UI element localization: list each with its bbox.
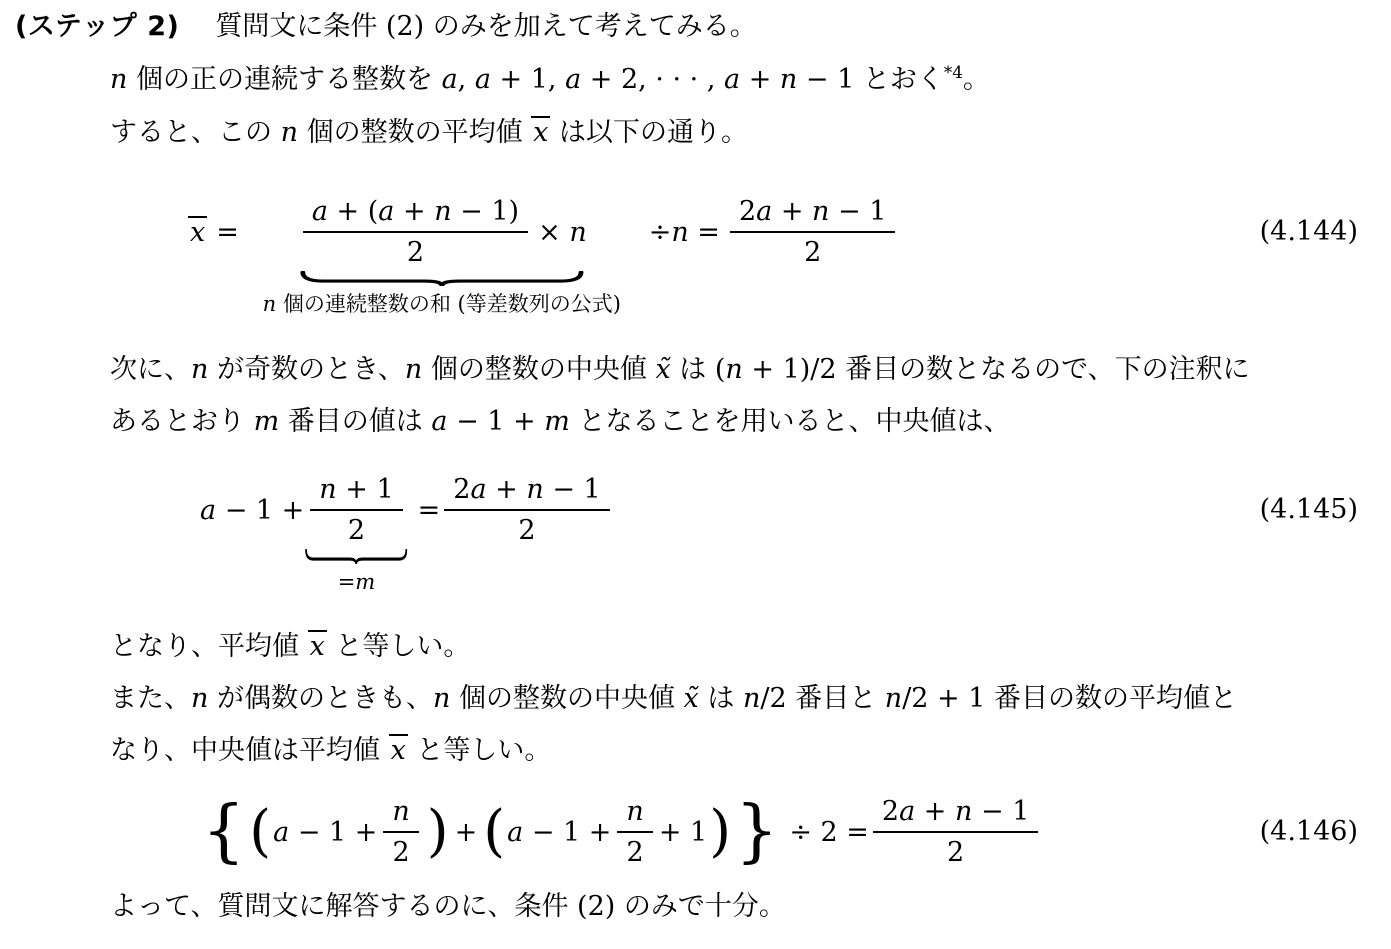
text-run: + 1,	[491, 64, 565, 95]
text-run: n	[191, 354, 208, 385]
text-run: n	[743, 683, 760, 714]
text-run: 2	[947, 837, 964, 868]
text-run: + 2, · · · ,	[581, 64, 724, 95]
text-run: よって、質問文に解答するのに、条件 (2) のみで十分。	[110, 891, 786, 922]
text-run: a	[200, 495, 216, 526]
text-run: x̃	[655, 354, 670, 385]
text-run: と等しい。	[327, 631, 471, 662]
text-run: n	[110, 64, 127, 95]
text-run: x	[531, 116, 550, 147]
text-run: は (	[671, 354, 726, 385]
term: + 1	[659, 817, 707, 848]
paragraph-line: n 個の正の連続する整数を a, a + 1, a + 2, · · · , a…	[110, 61, 990, 99]
paragraph-line: 次に、n が奇数のとき、n 個の整数の中央値 x̃ は (n + 1)/2 番目…	[110, 351, 1250, 389]
equation-4-144: x = a + (a + n − 1) 2 × n n 個の連続整数の和 (等差…	[0, 190, 1391, 322]
text-run: となり、平均値	[110, 631, 308, 662]
equation-number: (4.145)	[1260, 494, 1358, 525]
text-run: + 1)/2	[743, 354, 837, 385]
lhs-term: a − 1 +	[200, 495, 304, 526]
text-run: n	[955, 796, 972, 827]
equals-sign: =	[418, 495, 441, 526]
text-run: a	[724, 64, 740, 95]
paragraph-line: なり、中央値は平均値 x と等しい。	[110, 732, 551, 770]
text-run: m	[355, 570, 375, 594]
left-paren: (	[483, 807, 505, 857]
paragraph-line: また、n が偶数のときも、n 個の整数の中央値 x̃ は n/2 番目と n/2…	[110, 680, 1237, 718]
text-run: n	[885, 683, 902, 714]
underbrace-group: n + 1 2 =m	[304, 474, 408, 546]
text-run: n	[281, 117, 298, 148]
left-curly-brace: {	[202, 801, 245, 862]
text-run: とおく	[854, 64, 944, 95]
text-run: x	[389, 734, 408, 765]
text-run: n	[392, 796, 409, 827]
text-run: a	[431, 406, 447, 437]
left-paren: (	[249, 807, 271, 857]
step-heading: (ステップ 2)	[15, 11, 179, 42]
text-run: と等しい。	[408, 735, 552, 766]
fraction-denominator: 2	[444, 509, 609, 546]
equation-number: (4.146)	[1260, 816, 1358, 847]
text-run: =	[338, 570, 356, 594]
text-run: x̃	[684, 683, 699, 714]
text-run: が偶数のときも、	[208, 683, 433, 714]
text-run: − 1)	[452, 196, 520, 227]
text-run: a	[312, 196, 328, 227]
text-run: 2	[739, 196, 756, 227]
text-run: 。	[963, 64, 990, 95]
fraction: n 2	[617, 796, 652, 868]
math-document-page: (ステップ 2)質問文に条件 (2) のみを加えて考えてみる。 n 個の正の連続…	[0, 0, 1391, 949]
plus-sign: +	[455, 817, 478, 848]
right-curly-brace: }	[735, 801, 778, 862]
fraction-denominator: 2	[310, 509, 402, 546]
text-run: − 1	[797, 64, 854, 95]
text-run: 番目と	[787, 683, 885, 714]
fraction-denominator: 2	[383, 831, 418, 868]
text-run: 番目の値は	[279, 406, 431, 437]
fraction-numerator: n	[383, 796, 418, 831]
text-run: /2	[760, 683, 786, 714]
text-run: ÷ 2 =	[789, 817, 869, 848]
text-run: − 1	[829, 196, 886, 227]
text-run: 2	[627, 837, 644, 868]
text-run: =	[689, 217, 720, 248]
fraction-numerator: 2a + n − 1	[730, 196, 895, 231]
text-run: +	[487, 474, 527, 505]
text-run: +	[394, 196, 434, 227]
divide-term: ÷ 2 =	[789, 817, 869, 848]
underbrace-icon	[304, 549, 408, 564]
text-run: すると、この	[110, 117, 281, 148]
text-run: +	[772, 196, 812, 227]
fraction-numerator: n + 1	[310, 474, 402, 509]
text-run: a	[756, 196, 772, 227]
equation-body: a − 1 + n + 1 2 =m = 2a + n − 1 2	[200, 470, 1391, 550]
text-run: 個の整数の中央値	[422, 354, 655, 385]
text-run: n	[263, 292, 277, 316]
text-run: a	[470, 474, 486, 505]
equation-body: { ( a − 1 + n 2 ) + ( a − 1 + n 2 + 1 ) …	[200, 786, 1391, 878]
text-run: a	[475, 64, 491, 95]
fraction: n + 1 2	[310, 474, 402, 546]
text-run: は以下の通り。	[550, 117, 748, 148]
text-run: + 1	[659, 817, 707, 848]
underbrace-label: n 個の連続整数の和 (等差数列の公式)	[263, 292, 621, 317]
text-run: n	[434, 196, 451, 227]
xbar-symbol: x	[188, 216, 207, 247]
text-run: a	[507, 817, 523, 848]
fraction-denominator: 2	[303, 231, 528, 268]
text-run: 個の整数の平均値	[298, 117, 531, 148]
text-run: a	[442, 64, 458, 95]
fraction: n 2	[383, 796, 418, 868]
text-run: m	[254, 406, 280, 437]
times-n-term: × n	[538, 217, 587, 248]
step-sentence: 質問文に条件 (2) のみを加えて考えてみる。	[215, 11, 756, 42]
text-run: また、	[110, 683, 191, 714]
equation-4-145: a − 1 + n + 1 2 =m = 2a + n − 1 2 (4.145…	[0, 470, 1391, 595]
text-run: なり、中央値は平均値	[110, 735, 389, 766]
text-run: 2	[393, 837, 410, 868]
text-run: ÷	[649, 217, 672, 248]
text-run: +	[740, 64, 780, 95]
text-run: − 1 +	[447, 406, 544, 437]
text-run: n	[191, 683, 208, 714]
step-line: (ステップ 2)質問文に条件 (2) のみを加えて考えてみる。	[15, 8, 757, 46]
text-run: − 1	[972, 796, 1029, 827]
fraction: 2a + n − 1 2	[730, 196, 895, 268]
paragraph-line: すると、この n 個の整数の平均値 x は以下の通り。	[110, 114, 748, 152]
fraction: 2a + n − 1 2	[873, 796, 1038, 868]
text-run: n	[569, 217, 586, 248]
text-run: 2	[882, 796, 899, 827]
text-run: ,	[458, 64, 475, 95]
text-run: は	[699, 683, 743, 714]
text-run: あるとおり	[110, 406, 254, 437]
equation-body: x = a + (a + n − 1) 2 × n n 個の連続整数の和 (等差…	[188, 190, 1391, 274]
closing-line: よって、質問文に解答するのに、条件 (2) のみで十分。	[110, 888, 786, 926]
fraction-numerator: 2a + n − 1	[444, 474, 609, 509]
text-run: 番目の数の平均値と	[985, 683, 1237, 714]
text-run: 個の連続整数の和 (等差数列の公式)	[276, 292, 621, 316]
right-paren: )	[709, 807, 731, 857]
text-run: 2	[407, 237, 424, 268]
text-run: ×	[538, 217, 569, 248]
text-run: a	[899, 796, 915, 827]
equals-sign: =	[216, 217, 239, 248]
text-run: n	[433, 683, 450, 714]
text-run: − 1	[544, 474, 601, 505]
fraction: 2a + n − 1 2	[444, 474, 609, 546]
text-run: n	[725, 354, 742, 385]
fraction-numerator: 2a + n − 1	[873, 796, 1038, 831]
text-run: n	[626, 796, 643, 827]
text-run: m	[544, 406, 570, 437]
term: a − 1 +	[507, 817, 611, 848]
text-run: n	[780, 64, 797, 95]
text-run: a	[565, 64, 581, 95]
text-run: + 1	[337, 474, 394, 505]
text-run: n	[812, 196, 829, 227]
divide-n-term: ÷n =	[649, 217, 720, 248]
fraction-numerator: a + (a + n − 1)	[303, 196, 528, 231]
text-run: 2	[518, 515, 535, 546]
fraction-denominator: 2	[730, 231, 895, 268]
text-run: n	[319, 474, 336, 505]
fraction-numerator: n	[617, 796, 652, 831]
underbrace-group: a + (a + n − 1) 2 × n n 個の連続整数の和 (等差数列の公…	[297, 196, 587, 268]
text-run: 2	[804, 237, 821, 268]
text-run: 2	[348, 515, 365, 546]
fraction: a + (a + n − 1) 2	[303, 196, 528, 268]
text-run: − 1 +	[523, 817, 611, 848]
underbrace-label: =m	[338, 570, 376, 595]
text-run: 個の正の連続する整数を	[127, 64, 441, 95]
term: a − 1 +	[273, 817, 377, 848]
fraction-denominator: 2	[873, 831, 1038, 868]
right-paren: )	[427, 807, 449, 857]
fraction-denominator: 2	[617, 831, 652, 868]
text-run: n	[526, 474, 543, 505]
text-run: となることを用いると、中央値は、	[570, 406, 1011, 437]
text-run: 個の整数の中央値	[450, 683, 683, 714]
text-run: n	[405, 354, 422, 385]
text-run: a	[378, 196, 394, 227]
text-run: *4	[944, 62, 963, 82]
text-run: + (	[328, 196, 378, 227]
text-run: が奇数のとき、	[208, 354, 405, 385]
text-run: 番目の数となるので、下の注釈に	[837, 354, 1250, 385]
text-run: − 1 +	[289, 817, 377, 848]
text-run: − 1 +	[216, 495, 304, 526]
paragraph-line: あるとおり m 番目の値は a − 1 + m となることを用いると、中央値は、	[110, 403, 1010, 441]
text-run: /2 + 1	[902, 683, 985, 714]
text-run: a	[273, 817, 289, 848]
equation-number: (4.144)	[1260, 216, 1358, 247]
text-run: x	[308, 630, 327, 661]
text-run: +	[915, 796, 955, 827]
underbrace-icon	[297, 271, 587, 286]
paragraph-line: となり、平均値 x と等しい。	[110, 628, 470, 666]
text-run: n	[671, 217, 688, 248]
text-run: 次に、	[110, 354, 191, 385]
equation-4-146: { ( a − 1 + n 2 ) + ( a − 1 + n 2 + 1 ) …	[0, 786, 1391, 886]
text-run: 2	[453, 474, 470, 505]
